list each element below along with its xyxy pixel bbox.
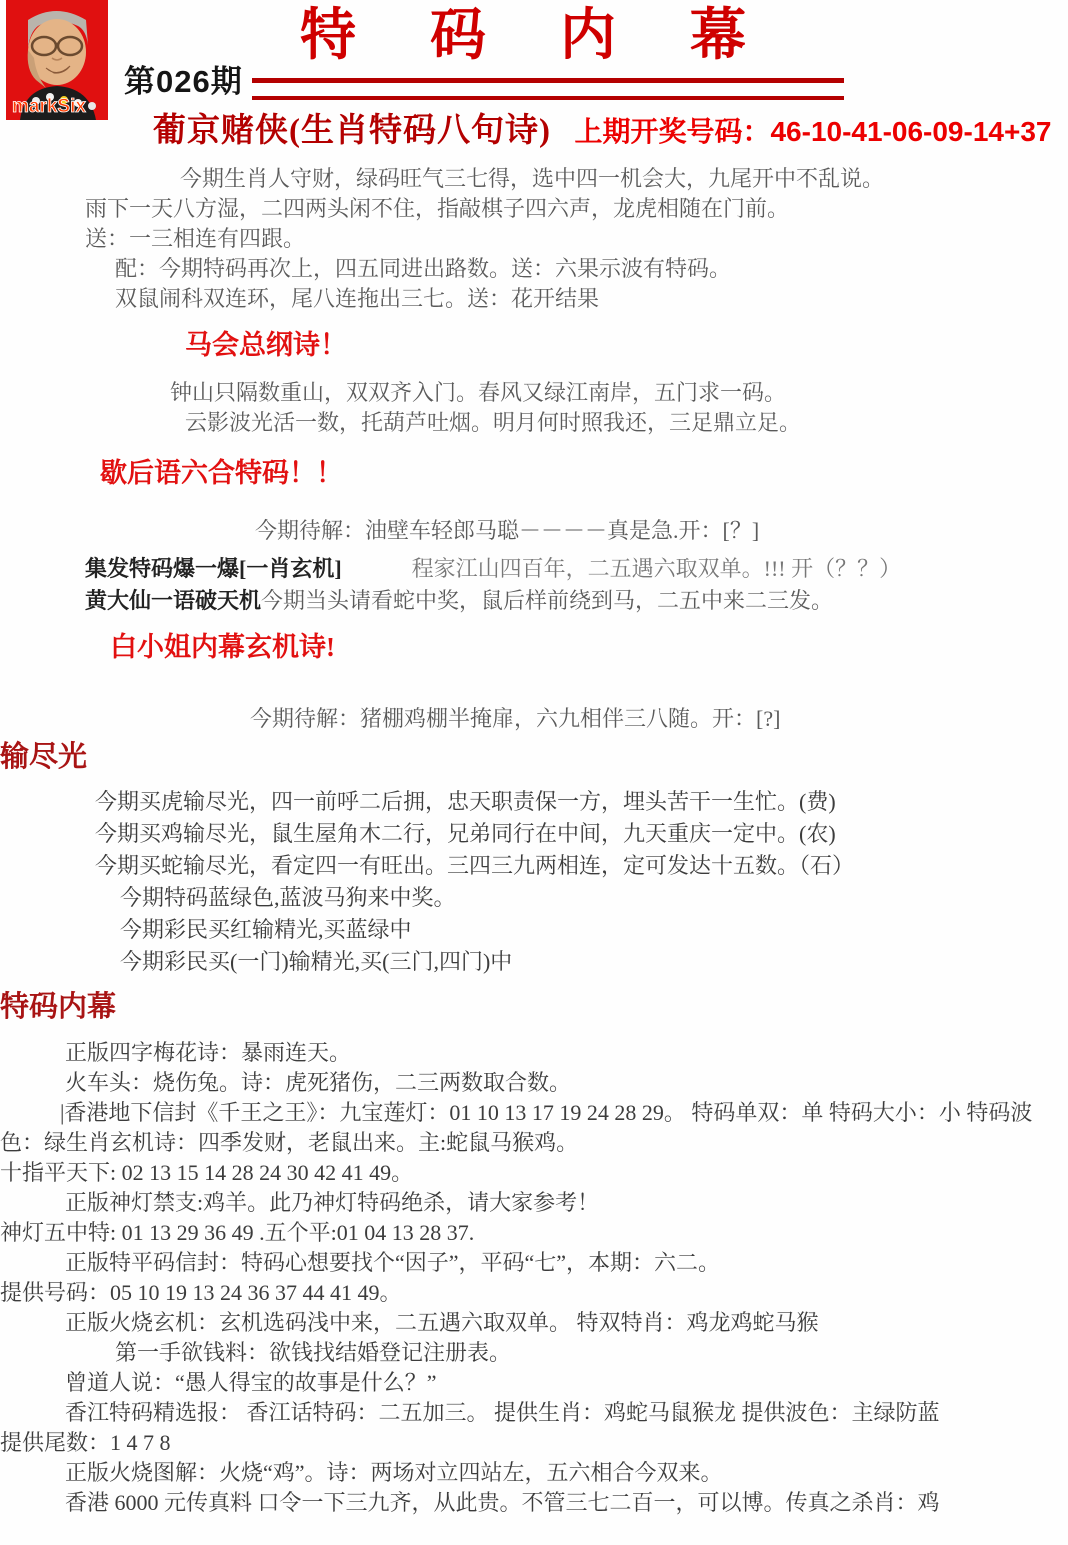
neimu-line: 十指平天下: 02 13 15 14 28 24 30 42 41 49。 <box>0 1158 1068 1188</box>
mahui-poem-line: 云影波光活一数，托葫芦吐烟。明月何时照我还，三足鼎立足。 <box>185 408 1068 438</box>
column-title: 葡京赌侠(生肖特码八句诗) <box>153 113 551 149</box>
tip-sheet-page: markSix 第026期 特码内幕 葡京赌侠(生肖特码八句诗) 上期开奖号码：… <box>0 0 1068 1545</box>
jifa-text: 程家江山四百年，二五遇六取双单。!!! 开（？？） <box>412 556 901 581</box>
neimu-line: 正版神灯禁支:鸡羊。此乃神灯特码绝杀，请大家参考！ <box>65 1188 1068 1218</box>
last-draw-numbers: 上期开奖号码：46-10-41-06-09-14+37 <box>574 116 1051 147</box>
baixiaojie-heading: 白小姐内幕玄机诗! <box>110 630 1068 664</box>
shujinguang-line: 今期彩民买(一门)输精光,买(三门,四门)中 <box>120 946 1068 978</box>
neimu-line: 提供号码：05 10 19 13 24 36 37 44 41 49。 <box>0 1278 1068 1308</box>
huang-line: 黄大仙一语破天机今期当头请看蛇中奖，鼠后样前绕到马，二五中来二三发。 <box>85 586 1068 616</box>
intro-poem-line: 今期生肖人守财，绿码旺气三七得，选中四一机会大，九尾开中不乱说。 <box>180 164 1068 194</box>
neimu-line: 香江特码精选报： 香江话特码：二五加三。 提供生肖：鸡蛇马鼠猴龙 提供波色：主绿… <box>65 1398 1068 1428</box>
shujinguang-line: 今期彩民买红输精光,买蓝绿中 <box>120 914 1068 946</box>
page-title: 特码内幕 <box>300 8 820 64</box>
huang-text: 今期当头请看蛇中奖，鼠后样前绕到马，二五中来二三发。 <box>261 588 833 613</box>
huang-label: 黄大仙一语破天机 <box>85 588 261 613</box>
intro-poem-line: 雨下一天八方湿，二四两头闲不住，指敲棋子四六声，龙虎相随在门前。 <box>85 194 1068 224</box>
neimu-line: 第一手欲钱料：欲钱找结婚登记注册表。 <box>115 1338 1068 1368</box>
neimu-line: 曾道人说：“愚人得宝的故事是什么？” <box>65 1368 1068 1398</box>
shujinguang-heading: 输尽光 <box>0 740 1068 774</box>
neimu-line: 香港 6000 元传真料 口令一下三九齐，从此贵。不管三七二百一，可以博。传真之… <box>65 1488 1068 1518</box>
issue-number: 第026期 <box>124 56 243 101</box>
neimu-line: |香港地下信封《千王之王》：九宝莲灯：01 10 13 17 19 24 28 … <box>0 1098 1066 1158</box>
neimu-line: 神灯五中特: 01 13 29 36 49 .五个平:01 04 13 28 3… <box>0 1218 1068 1248</box>
jifa-line: 集发特码爆一爆[一肖玄机]程家江山四百年，二五遇六取双单。!!! 开（？？） <box>85 554 1068 584</box>
neimu-line: 正版火烧图解：火烧“鸡”。诗：两场对立四站左，五六相合今双来。 <box>65 1458 1068 1488</box>
xiehouyu-heading: 歇后语六合特码！！ <box>100 456 1068 490</box>
neimu-line: 提供尾数：1 4 7 8 <box>0 1428 1068 1458</box>
intro-poem-line: 送：一三相连有四跟。 <box>85 224 1068 254</box>
neimu-line: 火车头：烧伤兔。诗：虎死猪伤，二三两数取合数。 <box>65 1068 1068 1098</box>
neimu-line: 正版火烧玄机：玄机选码浅中来，二五遇六取双单。 特双特肖：鸡龙鸡蛇马猴 <box>65 1308 1068 1338</box>
neimu-heading: 特码内幕 <box>0 990 1068 1024</box>
xiehouyu-riddle: 今期待解：油壁车轻郎马聪－－－－真是急.开：[？] <box>255 516 1068 546</box>
shujinguang-line: 今期买鸡输尽光，鼠生屋角木二行，兄弟同行在中间，九天重庆一定中。(农) <box>95 818 1068 850</box>
subtitle-row: 葡京赌侠(生肖特码八句诗) 上期开奖号码：46-10-41-06-09-14+3… <box>0 104 1068 151</box>
neimu-line: 正版特平码信封：特码心想要找个“因子”，平码“七”，本期：六二。 <box>65 1248 1068 1278</box>
shujinguang-line: 今期特码蓝绿色,蓝波马狗来中奖。 <box>120 882 1068 914</box>
shujinguang-line: 今期买蛇输尽光，看定四一有旺出。三四三九两相连，定可发达十五数。（石） <box>95 850 1068 882</box>
neimu-line: 正版四字梅花诗：暴雨连天。 <box>65 1038 1068 1068</box>
intro-poem-line: 双鼠闹科双连环，尾八连拖出三七。送：花开结果 <box>115 284 1068 314</box>
masthead: markSix 第026期 特码内幕 葡京赌侠(生肖特码八句诗) 上期开奖号码：… <box>0 0 1068 152</box>
mahui-poem-line: 钟山只隔数重山，双双齐入门。春风又绿江南岸，五门求一码。 <box>170 378 1068 408</box>
intro-poem-line: 配：今期特码再次上，四五同进出路数。送：六果示波有特码。 <box>115 254 1068 284</box>
baixiaojie-riddle: 今期待解：猪棚鸡棚半掩扉，六九相伴三八随。开：[?] <box>250 704 1068 734</box>
shujinguang-line: 今期买虎输尽光，四一前呼二后拥，忠天职责保一方，埋头苦干一生忙。(费) <box>95 786 1068 818</box>
marksix-logo: markSix <box>6 0 108 120</box>
mahui-heading: 马会总纲诗！ <box>185 328 1068 362</box>
jifa-label: 集发特码爆一爆[一肖玄机] <box>85 556 342 581</box>
title-underline <box>252 78 844 100</box>
